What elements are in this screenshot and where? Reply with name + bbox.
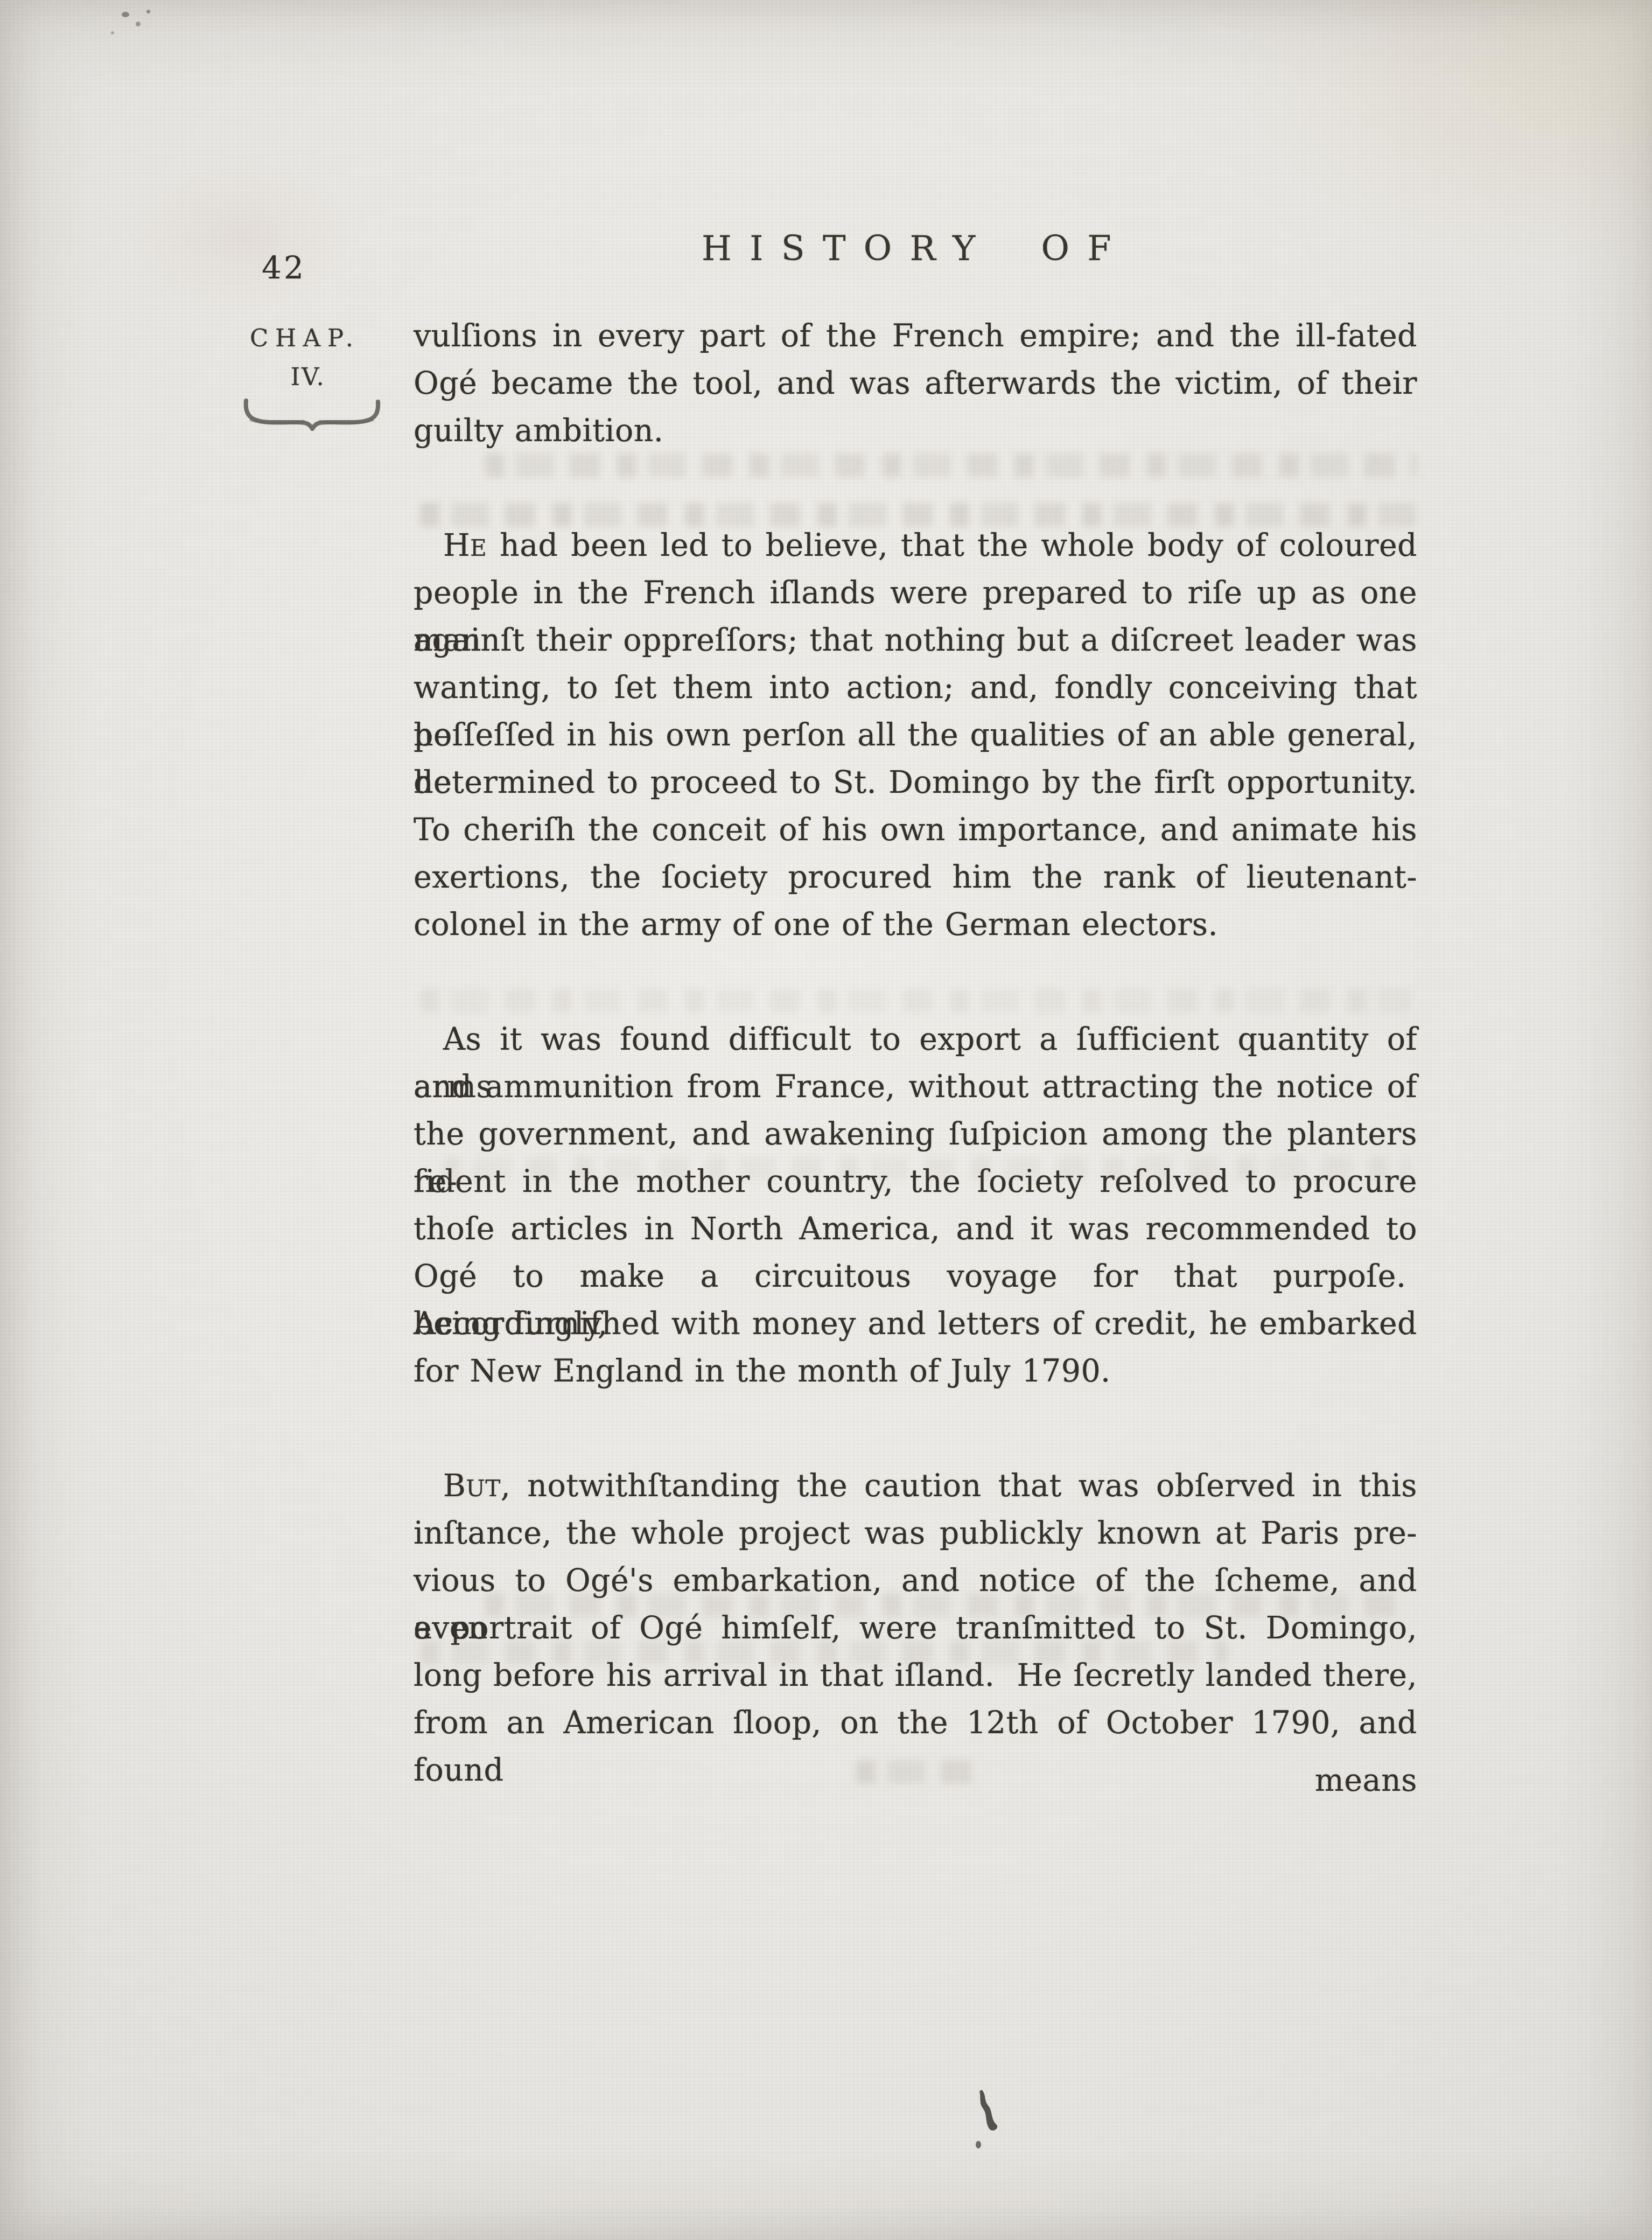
text-line: ſident in the mother country, the ſociet… [414,1158,1417,1205]
paper-speck [136,22,141,26]
chapter-label: CHAP. [243,323,373,353]
text-line: vious to Ogé's embarkation, and notice o… [414,1557,1417,1604]
text-line: thoſe articles in North America, and it … [414,1205,1417,1253]
text-line: being furniſhed with money and letters o… [414,1300,1417,1348]
page-number: 42 [262,249,306,287]
text-line: long before his arrival in that iſland. … [414,1652,1417,1699]
text-line: againſt their oppreſſors; that nothing b… [414,617,1417,664]
text-line: and ammunition from France, without attr… [414,1063,1417,1111]
sidenote-brace-icon [243,397,381,431]
text-segment: B [443,1468,466,1504]
chapter-sidenote: CHAP. IV. [243,323,373,431]
text-line: determined to proceed to St. Domingo by … [414,759,1417,806]
text-line: inſtance, the whole project was publickl… [414,1510,1417,1557]
text-segment: , notwithſtanding the caution that was o… [501,1468,1417,1504]
text-line: vulſions in every part of the French emp… [414,312,1417,360]
running-title: HISTORY OF [414,228,1417,269]
page-body: vulſions in every part of the French emp… [414,312,1417,1747]
text-line: the government, and awakening ſuſpicion … [414,1111,1417,1158]
book-page: 42 HISTORY OF CHAP. IV. vulſions in ever… [0,0,1652,2240]
text-line: Ogé became the tool, and was afterwards … [414,360,1417,407]
small-caps-segment: UT [466,1475,500,1502]
chapter-numeral: IV. [243,362,373,392]
text-line: BUT, notwithſtanding the caution that wa… [414,1462,1417,1510]
text-line: wanting, to ſet them into action; and, f… [414,664,1417,711]
text-line: HE had been led to believe, that the who… [414,522,1417,569]
text-line: As it was found difficult to export a ſu… [414,1016,1417,1063]
catchword: means [414,1757,1417,1804]
text-line: from an American ſloop, on the 12th of O… [414,1699,1417,1747]
paragraph: BUT, notwithſtanding the caution that wa… [414,1462,1417,1747]
paragraph: As it was found difficult to export a ſu… [414,1016,1417,1395]
text-line: a portrait of Ogé himſelf, were tranſmit… [414,1604,1417,1652]
text-line: people in the French iſlands were prepar… [414,569,1417,617]
paragraph: vulſions in every part of the French emp… [414,312,1417,455]
ink-blot [967,2084,1010,2160]
text-line: poſſeſſed in his own perſon all the qual… [414,711,1417,759]
text-line: To cheriſh the conceit of his own import… [414,806,1417,854]
text-line: exertions, the ſociety procured him the … [414,854,1417,901]
paper-speck [111,31,114,34]
small-caps-segment: E [470,535,487,561]
paper-speck [122,12,129,17]
paragraph: HE had been led to believe, that the who… [414,522,1417,948]
text-segment: H [443,528,470,563]
paper-speck [146,10,150,13]
text-segment: had been led to believe, that the whole … [487,528,1417,563]
text-line: Ogé to make a circuitous voyage for that… [414,1253,1417,1300]
